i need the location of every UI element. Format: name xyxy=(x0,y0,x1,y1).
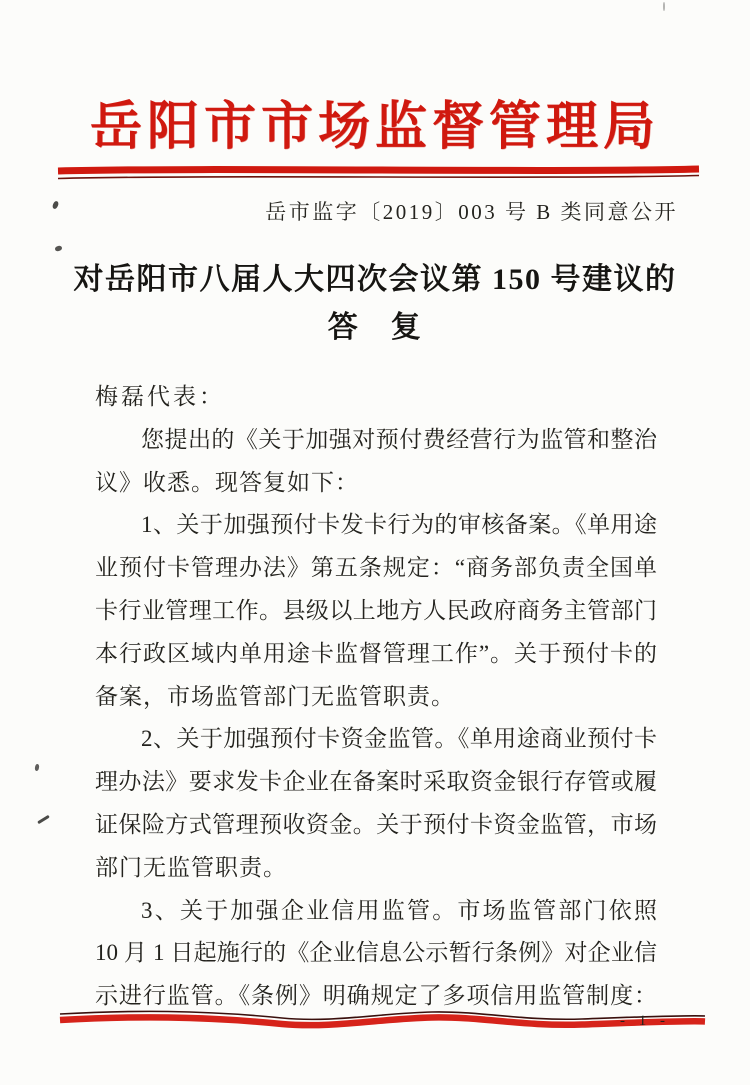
body-line: 3、关于加强企业信用监管。市场监管部门依照 2014 年 xyxy=(95,890,657,933)
scan-speckle-mark xyxy=(663,2,665,11)
body-line: 本行政区域内单用途卡监督管理工作”。关于预付卡的审核 xyxy=(95,633,657,676)
body-line: 1、关于加强预付卡发卡行为的审核备案。《单用途商 xyxy=(95,504,657,547)
scanned-document-page: 岳阳市市场监督管理局 岳市监字〔2019〕003 号 B 类同意公开 对岳阳市八… xyxy=(0,0,750,1085)
body-line: 证保险方式管理预收资金。关于预付卡资金监管，市场监管 xyxy=(95,804,657,847)
document-title-line1: 对岳阳市八届人大四次会议第 150 号建议的 xyxy=(45,256,705,304)
document-body: 梅磊代表： 您提出的《关于加强对预付费经营行为监管和整治的建 议》收悉。现答复如… xyxy=(95,376,657,1018)
body-line: 您提出的《关于加强对预付费经营行为监管和整治的建 xyxy=(95,419,657,462)
body-line: 理办法》要求发卡企业在备案时采取资金银行存管或履约保 xyxy=(95,761,657,804)
page-number: - 1 - xyxy=(620,1013,670,1030)
scan-speckle-mark xyxy=(34,764,39,772)
body-line: 2、关于加强预付卡资金监管。《单用途商业预付卡管 xyxy=(95,718,657,761)
document-title: 对岳阳市八届人大四次会议第 150 号建议的 答 复 xyxy=(45,256,705,352)
body-line: 部门无监管职责。 xyxy=(95,847,657,890)
agency-letterhead-title: 岳阳市市场监督管理局 xyxy=(0,84,750,159)
body-line: 10 月 1 日起施行的《企业信息公示暂行条例》对企业信息公 xyxy=(95,932,657,975)
scan-speckle-mark xyxy=(54,245,62,252)
document-title-line2: 答 复 xyxy=(45,304,705,352)
body-line: 备案，市场监管部门无监管职责。 xyxy=(95,676,657,719)
header-divider-rule xyxy=(56,162,701,184)
body-line: 业预付卡管理办法》第五条规定：“商务部负责全国单用途 xyxy=(95,547,657,590)
scan-speckle-mark xyxy=(37,815,50,824)
document-reference-number: 岳市监字〔2019〕003 号 B 类同意公开 xyxy=(0,196,678,226)
body-line: 卡行业管理工作。县级以上地方人民政府商务主管部门负责 xyxy=(95,590,657,633)
body-line: 议》收悉。现答复如下： xyxy=(95,462,657,505)
salutation-line: 梅磊代表： xyxy=(95,376,657,419)
footer-divider-rule xyxy=(52,1004,712,1032)
